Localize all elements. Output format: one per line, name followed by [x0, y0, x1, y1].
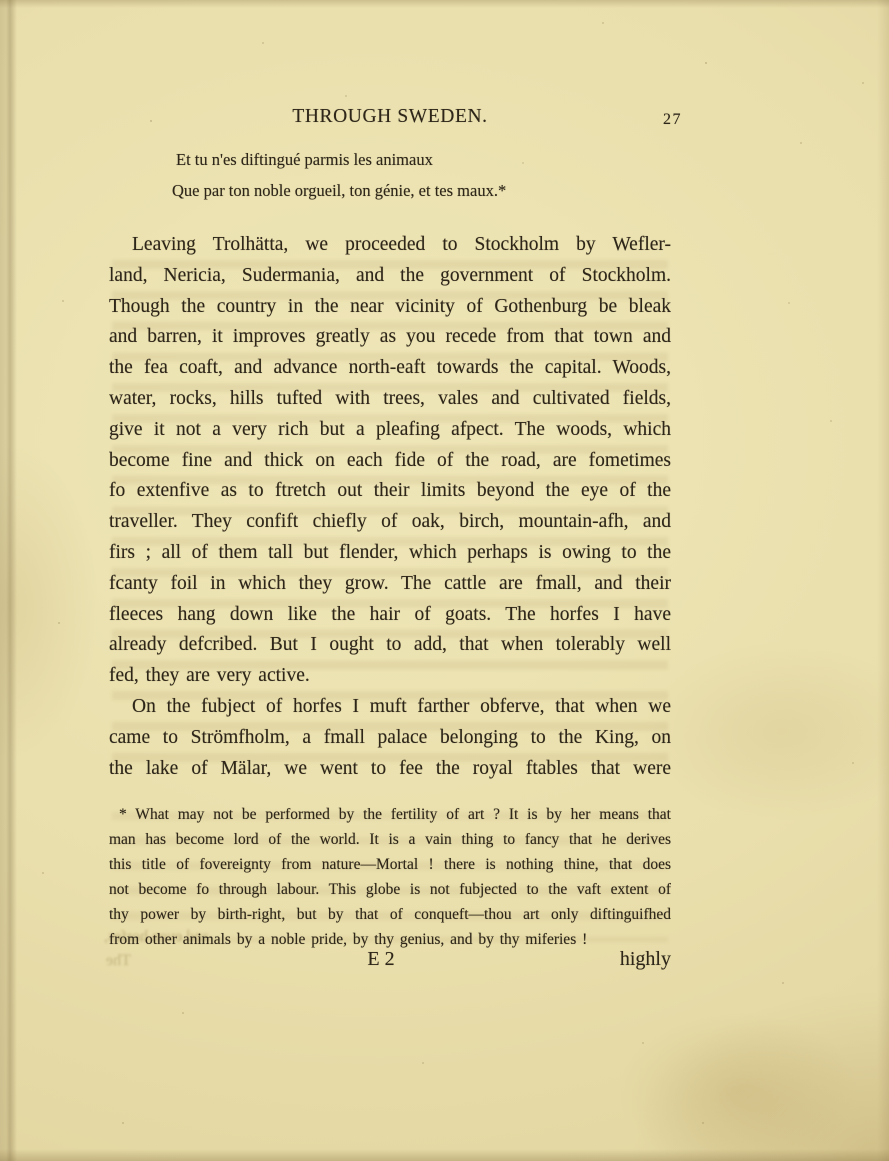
- text-line: came to Strömfholm, a fmall palace belon…: [109, 723, 671, 754]
- text-line: man has become lord of the world. It is …: [109, 827, 671, 852]
- footnote: * What may not be performed by the ferti…: [109, 802, 671, 952]
- text-line: Et tu n'es diftingué parmis les animaux: [172, 145, 602, 176]
- book-page-scan: and even horfes, The THROUGH SWEDEN. 27 …: [0, 0, 889, 1161]
- text-line: firs ; all of them tall but flender, whi…: [109, 538, 671, 569]
- text-line: not become fo through labour. This globe…: [109, 877, 671, 902]
- page-edge-bottom: [0, 1149, 889, 1161]
- text-line: fcanty foil in which they grow. The catt…: [109, 569, 671, 600]
- signature-mark: E 2: [100, 948, 662, 971]
- page-edge-left: [0, 0, 18, 1161]
- text-line: water, rocks, hills tufted with trees, v…: [109, 384, 671, 415]
- text-line: fleeces hang down like the hair of goats…: [109, 600, 671, 631]
- text-line: thy power by birth-right, but by that of…: [109, 902, 671, 927]
- text-line: * What may not be performed by the ferti…: [109, 802, 671, 827]
- catchword: highly: [620, 948, 671, 971]
- page-number: 27: [663, 111, 682, 129]
- text-line: fed, they are very active.: [109, 661, 671, 692]
- epigraph-verse: Et tu n'es diftingué parmis les animauxQ…: [172, 145, 602, 206]
- text-line: Leaving Trolhätta, we proceeded to Stock…: [109, 230, 671, 261]
- page-edge-top: [0, 0, 889, 8]
- text-line: Though the country in the near vicinity …: [109, 292, 671, 323]
- text-line: fo extenfive as to ftretch out their lim…: [109, 476, 671, 507]
- page-edge-right: [877, 0, 889, 1161]
- body-text: Leaving Trolhätta, we proceeded to Stock…: [109, 230, 671, 784]
- text-line: and barren, it improves greatly as you r…: [109, 322, 671, 353]
- text-line: traveller. They confift chiefly of oak, …: [109, 507, 671, 538]
- text-line: land, Nericia, Sudermania, and the gover…: [109, 261, 671, 292]
- text-line: already defcribed. But I ought to add, t…: [109, 630, 671, 661]
- text-line: the fea coaft, and advance north-eaft to…: [109, 353, 671, 384]
- text-line: become fine and thick on each fide of th…: [109, 446, 671, 477]
- running-header-title: THROUGH SWEDEN.: [109, 106, 671, 128]
- text-line: Que par ton noble orgueil, ton génie, et…: [172, 176, 602, 207]
- text-line: this title of fovereignty from nature—Mo…: [109, 852, 671, 877]
- text-line: give it not a very rich but a pleafing a…: [109, 415, 671, 446]
- text-line: the lake of Mälar, we went to fee the ro…: [109, 754, 671, 785]
- text-line: On the fubject of horfes I muft farther …: [109, 692, 671, 723]
- signature-row: E 2 highly: [109, 948, 671, 971]
- paper-specks: [0, 0, 2, 2]
